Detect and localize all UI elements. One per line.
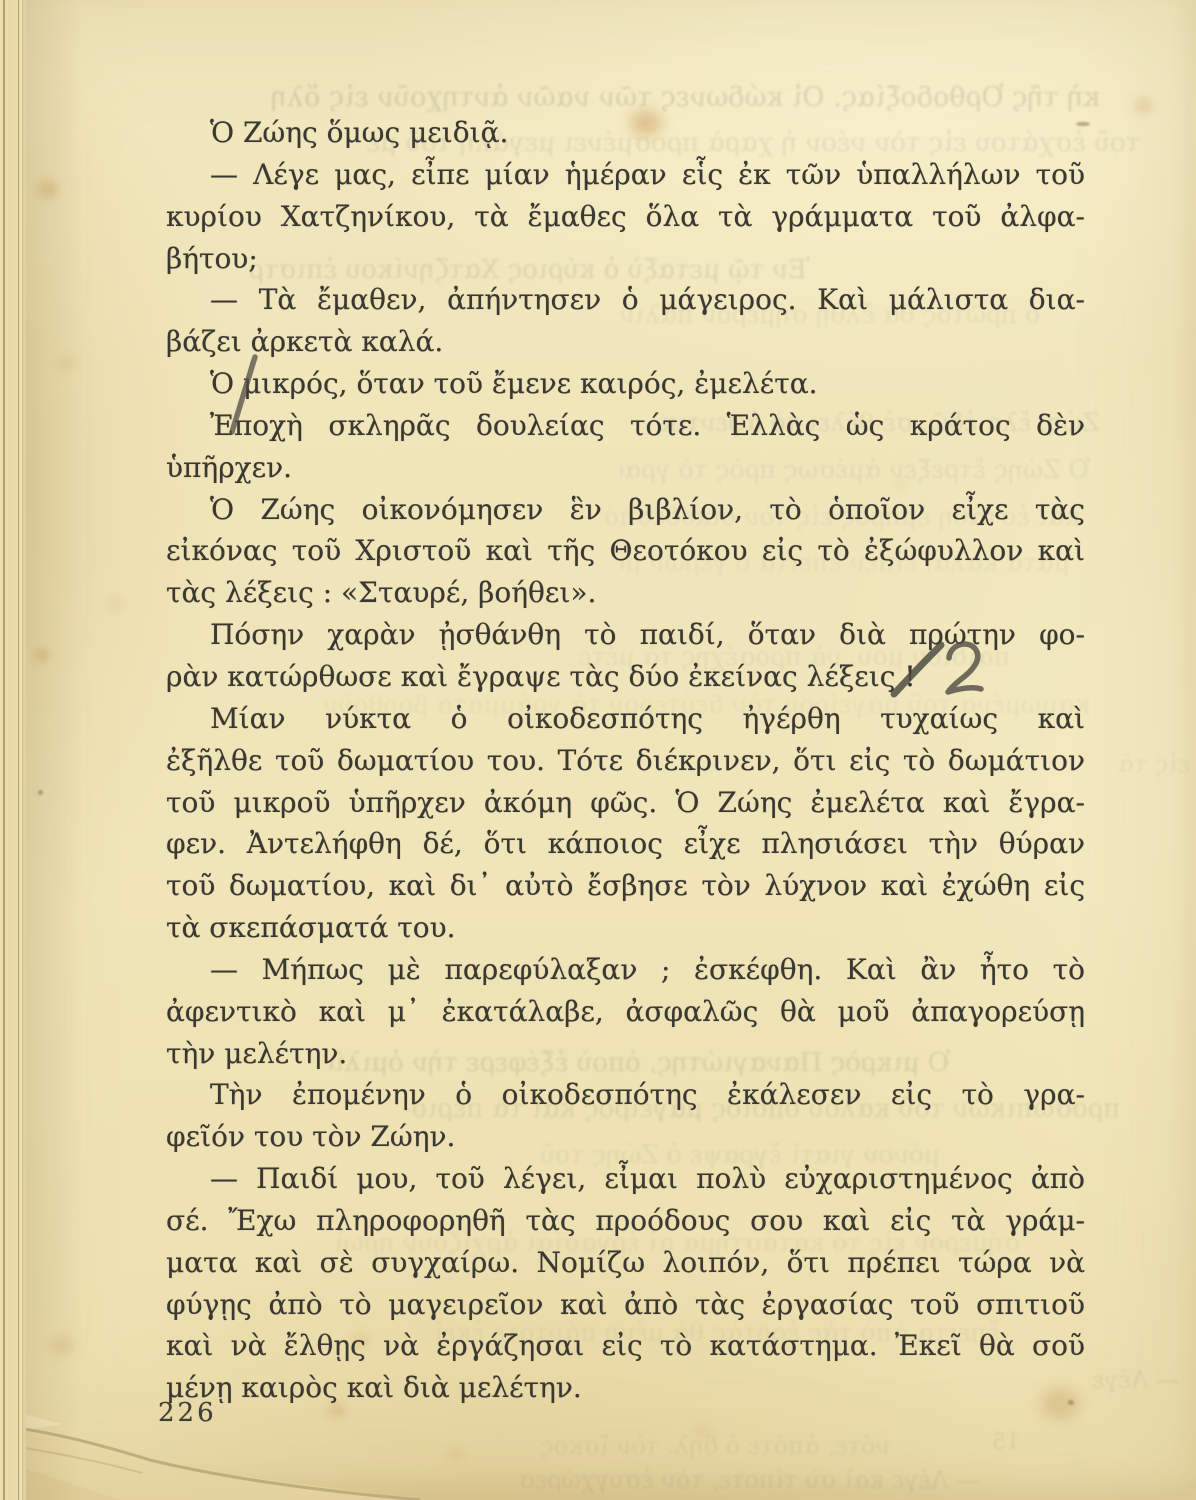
text-line: Ὁ Ζώης οἰκονόμησεν ἓν βιβλίον, τὸ ὁποῖον… <box>166 489 1085 531</box>
text-line: — Παιδί μου, τοῦ λέγει, εἶμαι πολὺ εὐχαρ… <box>166 1158 1085 1200</box>
text-line: ματα καὶ σὲ συγχαίρω. Νομίζω λοιπόν, ὅτι… <box>166 1242 1085 1284</box>
text-line: τοῦ μικροῦ ὑπῆρχεν ἀκόμη φῶς. Ὁ Ζώης ἐμε… <box>166 782 1085 824</box>
showthrough-line: νότε, ἀπότε ὁ δηλ. τὸν ἴσκος <box>470 1432 890 1460</box>
text-line: φεῖόν του τὸν Ζώην. <box>166 1116 1085 1158</box>
text-line: κυρίου Χατζηνίκου, τὰ ἔμαθες ὅλα τὰ γράμ… <box>166 196 1085 238</box>
text-line: ἐξῆλθε τοῦ δωματίου του. Τότε διέκρινεν,… <box>166 740 1085 782</box>
text-line: Ὁ μικρός, ὅταν τοῦ ἔμενε καιρός, ἐμελέτα… <box>166 363 1085 405</box>
text-line: Ὁ Ζώης ὅμως μειδιᾷ. <box>166 112 1085 154</box>
text-line: εἰκόνας τοῦ Χριστοῦ καὶ τῆς Θεοτόκου εἰς… <box>166 530 1085 572</box>
text-line: — Λέγε μας, εἶπε μίαν ἡμέραν εἷς ἐκ τῶν … <box>166 154 1085 196</box>
text-line: ὑπῆρχεν. <box>166 447 1085 489</box>
text-line: βήτου; <box>166 238 1085 280</box>
text-line: ρὰν κατώρθωσε καὶ ἔγραψε τὰς δύο ἐκείνας… <box>166 656 1085 698</box>
text-line: ἀφεντικὸ καὶ μ᾽ ἐκατάλαβε, ἀσφαλῶς θὰ μο… <box>166 991 1085 1033</box>
gutter-shadow <box>23 0 83 1500</box>
text-line: βάζει ἀρκετὰ καλά. <box>166 321 1085 363</box>
page-edge-line <box>18 0 19 1500</box>
text-line: Τὴν ἐπομένην ὁ οἰκοδεσπότης ἐκάλεσεν εἰς… <box>166 1074 1085 1116</box>
foxing-stain <box>693 1423 713 1437</box>
page-surface: κὴ τῆς Ὀρθοδοξίας. Οἱ κώδωνες τῶν ναῶν ἀ… <box>0 0 1196 1500</box>
foxing-stain <box>108 598 124 610</box>
text-line: τοῦ δωματίου, καὶ δι᾽ αὐτὸ ἔσβησε τὸν λύ… <box>166 865 1085 907</box>
text-line: μένῃ καιρὸς καὶ διὰ μελέτην. <box>166 1367 1085 1409</box>
page-number: 226 <box>158 1398 217 1428</box>
foxing-stain <box>448 1448 464 1460</box>
foxing-stain <box>1134 98 1152 114</box>
text-line: — Μήπως μὲ παρεφύλαξαν ; ἐσκέφθη. Καὶ ἂν… <box>166 949 1085 991</box>
text-line: τὰ σκεπάσματά του. <box>166 907 1085 949</box>
showthrough-line: κὴ τῆς Ὀρθοδοξίας. Οἱ κώδωνες τῶν ναῶν ἀ… <box>270 82 1100 113</box>
text-line: τὴν μελέτην. <box>166 1033 1085 1075</box>
text-line: τὰς λέξεις : «Σταυρέ, βοήθει». <box>166 572 1085 614</box>
page-edge-line <box>3 0 5 1500</box>
showthrough-line: 15 <box>960 1430 1020 1455</box>
text-line: φύγῃς ἀπὸ τὸ μαγειρεῖον καὶ ἀπὸ τὰς ἐργα… <box>166 1284 1085 1326</box>
text-line: καὶ νὰ ἔλθῃς νὰ ἐργάζησαι εἰς τὸ κατάστη… <box>166 1325 1085 1367</box>
body-text: Ὁ Ζώης ὅμως μειδιᾷ.— Λέγε μας, εἶπε μίαν… <box>166 112 1085 1409</box>
text-line: Πόσην χαρὰν ᾐσθάνθη τὸ παιδί, ὅταν διὰ π… <box>166 614 1085 656</box>
text-line: σέ. Ἔχω πληροφορηθῆ τὰς προόδους σου καὶ… <box>166 1200 1085 1242</box>
showthrough-line: — Λέγε καὶ σὺ τίποτε, τὸν ἐσυγχώρεσεν ὁ <box>520 1466 980 1494</box>
text-line: — Τὰ ἔμαθεν, ἀπήντησεν ὁ μάγειρος. Καὶ μ… <box>166 279 1085 321</box>
text-line: Ἐποχὴ σκληρᾶς δουλείας τότε. Ἑλλὰς ὡς κρ… <box>166 405 1085 447</box>
text-line: φεν. Ἀντελήφθη δέ, ὅτι κάποιος εἶχε πλησ… <box>166 823 1085 865</box>
text-line: Μίαν νύκτα ὁ οἰκοδεσπότης ἠγέρθη τυχαίως… <box>166 698 1085 740</box>
book-page-scan: κὴ τῆς Ὀρθοδοξίας. Οἱ κώδωνες τῶν ναῶν ἀ… <box>0 0 1196 1500</box>
